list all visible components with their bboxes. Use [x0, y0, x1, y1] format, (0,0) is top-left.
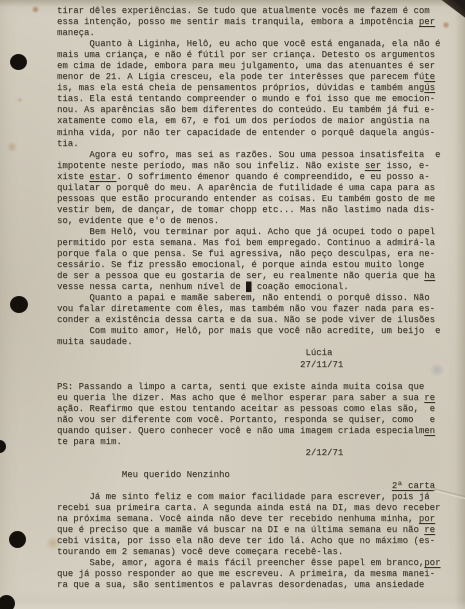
letter-page: tirar dêles experiências. Se tudo que at…: [0, 0, 465, 609]
letter-line: Bem Helô, vou terminar por aqui. Acho qu…: [57, 227, 457, 238]
letter-line: 2/12/71: [57, 448, 457, 459]
letter-line: pessoas que estão procurando entender as…: [57, 194, 457, 205]
letter-line: porque fala o que pensa. Se fui agressiv…: [57, 249, 457, 260]
letter-line: te para mim.: [57, 437, 457, 448]
letter-line: em cima de idade, embora para meu julgam…: [57, 61, 457, 72]
punch-hole: [0, 595, 15, 609]
letter-line: ra que a sua, são sentimentos e palavras…: [57, 580, 457, 591]
letter-line: Meu querido Nenzinho: [57, 470, 457, 481]
letter-line: nou. As aparências são bem diferentes do…: [57, 105, 457, 116]
letter-line: Quanto à Liginha, Helô, eu acho que você…: [57, 39, 457, 50]
letter-line: xiste estar. O sofrimento émenor quando …: [57, 172, 457, 183]
letter-line: ação. Reafirmo que estou tentando aceita…: [57, 404, 457, 415]
letter-line: tourando em 2 semanas) você deve começar…: [57, 547, 457, 558]
letter-line: vestir bem, de dançar, de tomar chopp et…: [57, 205, 457, 216]
letter-line: tias. Ela está tentando compreender o mu…: [57, 94, 457, 105]
paper-stain: [6, 142, 18, 152]
letter-line: xatamente como ela, em 67, e foi um dos …: [57, 116, 457, 127]
letter-line: Com muito amor, Helô, por mais que você …: [57, 326, 457, 337]
letter-line: tia.: [57, 139, 457, 150]
letter-line: conder a existência dessa carta e da sua…: [57, 315, 457, 326]
letter-line: permitido por esta semana. Mas foi bem e…: [57, 238, 457, 249]
letter-line: essa intenção, posso me sentir mais tran…: [57, 17, 457, 28]
letter-line: que já posso responder ao que me escreve…: [57, 569, 457, 580]
letter-line: cebi visita, por isso ela não deve ter i…: [57, 536, 457, 547]
letter-line: vesse nessa carta, nenhum nível de █ coa…: [57, 282, 457, 293]
punch-hole: [10, 54, 27, 70]
paper-stain: [17, 97, 23, 103]
letter-line: muita saudade.: [57, 337, 457, 348]
punch-hole: [9, 531, 26, 548]
letter-line: que é preciso que a mamãe vá buscar na D…: [57, 525, 457, 536]
paper-stain: [428, 364, 446, 376]
letter-line: Já me sinto feliz e com maior facilidade…: [57, 492, 457, 503]
paper-stain: [31, 6, 40, 13]
letter-line: Lúcia: [57, 348, 457, 359]
letter-line: eu queria lhe dizer. Mas acho que é melh…: [57, 393, 457, 404]
letter-line: Agora eu sofro, mas sei as razões. Sou u…: [57, 150, 457, 161]
letter-line: [57, 371, 457, 382]
letter-line: de ser a pessoa que eu gostaria de ser, …: [57, 271, 457, 282]
letter-line: [57, 459, 457, 470]
paper-stain: [45, 536, 61, 550]
letter-line: minha vida, por não ter capacidade de en…: [57, 128, 457, 139]
letter-line: recebi sua primeira carta. A segunda ain…: [57, 503, 457, 514]
letter-body: tirar dêles experiências. Se tudo que at…: [57, 6, 457, 591]
letter-line: 2ª carta: [57, 481, 457, 492]
letter-line: is, mas ela está cheia de pensamentos pr…: [57, 83, 457, 94]
letter-line: Sabe, amor, agora é mais fácil preencher…: [57, 558, 457, 569]
letter-line: na próxima semana. Você ainda não deve t…: [57, 514, 457, 525]
letter-line: cessário. Se fiz pressão emocional, é po…: [57, 260, 457, 271]
letter-line: 27/11/71: [57, 360, 457, 371]
letter-line: maneça.: [57, 28, 457, 39]
letter-line: não vou ser diferente com você. Portanto…: [57, 415, 457, 426]
letter-line: quilatar o porquê do meu. A aparência de…: [57, 183, 457, 194]
letter-line: impotente neste período, mas não sou inf…: [57, 161, 457, 172]
letter-line: PS: Passando a limpo a carta, senti que …: [57, 382, 457, 393]
paper-stain: [442, 21, 450, 29]
letter-line: so, evidente que e'o de menos.: [57, 216, 457, 227]
letter-line: mais uma criança, e não é fútil por ser …: [57, 50, 457, 61]
letter-line: menor de 21. A Lígia cresceu, ela pode t…: [57, 72, 457, 83]
letter-line: vou falar diretamente com êles, mas tamb…: [57, 304, 457, 315]
punch-hole: [0, 440, 6, 453]
letter-line: quando quiser. Quero conhecer você e não…: [57, 426, 457, 437]
letter-line: Quanto a papai e mamãe saberem, não ente…: [57, 293, 457, 304]
punch-hole: [10, 296, 28, 313]
letter-line: tirar dêles experiências. Se tudo que at…: [57, 6, 457, 17]
